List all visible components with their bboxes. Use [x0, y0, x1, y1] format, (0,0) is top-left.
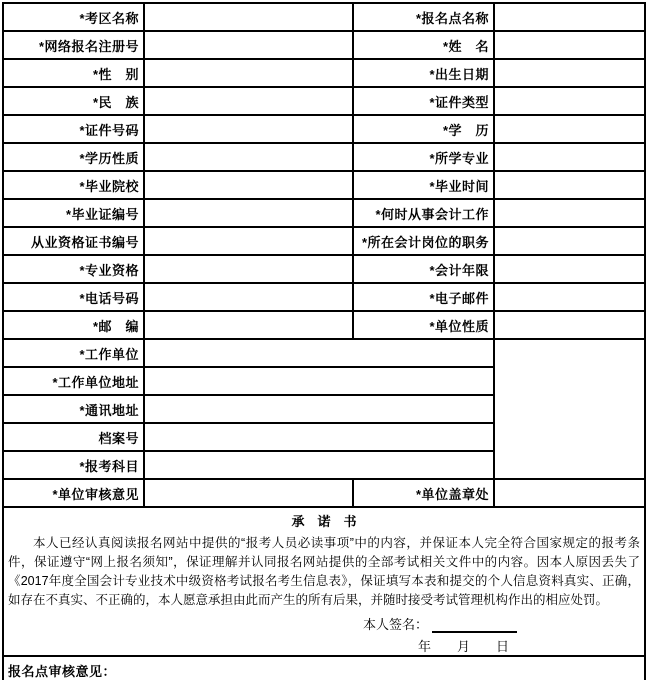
- table-row: *学历性质 *所学专业: [3, 143, 645, 171]
- field-value-employer-stamp: [494, 479, 645, 507]
- table-row: *性 别 *出生日期: [3, 59, 645, 87]
- field-label-accounting-years: *会计年限: [353, 255, 494, 283]
- table-row: *证件号码 *学 历: [3, 115, 645, 143]
- field-label-exam-subjects: *报考科目: [3, 451, 144, 479]
- field-label-archive-no: 档案号: [3, 423, 144, 451]
- date-line: 年 月 日: [8, 636, 640, 655]
- field-label-id-number: *证件号码: [3, 115, 144, 143]
- field-value-employer-address: [144, 367, 494, 395]
- field-label-graduation-time: *毕业时间: [353, 171, 494, 199]
- field-value-exam-subjects: [144, 451, 494, 479]
- field-value-mailing-address: [144, 395, 494, 423]
- field-label-gender: *性 别: [3, 59, 144, 87]
- field-label-education: *学 历: [353, 115, 494, 143]
- field-label-email: *电子邮件: [353, 283, 494, 311]
- field-label-diploma-no: *毕业证编号: [3, 199, 144, 227]
- commitment-body: 本人已经认真阅读报名网站中提供的“报考人员必读事项”中的内容，并保证本人完全符合…: [8, 534, 640, 610]
- field-value-employer: [144, 339, 494, 367]
- reg-point-review-label: 报名点审核意见：: [3, 656, 645, 680]
- field-value-education: [494, 115, 645, 143]
- table-row: *毕业院校 *毕业时间: [3, 171, 645, 199]
- field-value-reg-point: [494, 3, 645, 31]
- table-row: *单位审核意见 *单位盖章处: [3, 479, 645, 507]
- field-value-archive-no: [144, 423, 494, 451]
- table-row: *民 族 *证件类型: [3, 87, 645, 115]
- field-label-phone: *电话号码: [3, 283, 144, 311]
- registration-form-table: *考区名称 *报名点名称 *网络报名注册号 *姓 名 *性 别 *出生日期 *民…: [2, 2, 646, 680]
- table-row: *网络报名注册号 *姓 名: [3, 31, 645, 59]
- table-row: *毕业证编号 *何时从事会计工作: [3, 199, 645, 227]
- field-value-employer-review: [144, 479, 353, 507]
- commitment-title: 承 诺 书: [8, 511, 640, 530]
- signature-row: 本人签名：: [8, 614, 640, 633]
- field-value-birth-date: [494, 59, 645, 87]
- signature-line: [432, 619, 517, 633]
- field-value-certificate-no: [144, 227, 353, 255]
- field-label-exam-area: *考区名称: [3, 3, 144, 31]
- field-label-birth-date: *出生日期: [353, 59, 494, 87]
- field-label-id-type: *证件类型: [353, 87, 494, 115]
- field-value-education-type: [144, 143, 353, 171]
- footer-row: 报名点审核意见：: [3, 656, 645, 680]
- table-row: *专业资格 *会计年限: [3, 255, 645, 283]
- table-row: *电话号码 *电子邮件: [3, 283, 645, 311]
- field-label-ethnicity: *民 族: [3, 87, 144, 115]
- field-value-phone: [144, 283, 353, 311]
- field-value-professional-qualification: [144, 255, 353, 283]
- field-value-position: [494, 227, 645, 255]
- field-value-exam-area: [144, 3, 353, 31]
- signature-label: 本人签名：: [363, 617, 428, 632]
- field-label-reg-point: *报名点名称: [353, 3, 494, 31]
- field-label-employer-type: *单位性质: [353, 311, 494, 339]
- field-label-certificate-no: 从业资格证书编号: [3, 227, 144, 255]
- field-label-graduate-school: *毕业院校: [3, 171, 144, 199]
- field-value-major: [494, 143, 645, 171]
- field-value-online-reg-no: [144, 31, 353, 59]
- field-label-professional-qualification: *专业资格: [3, 255, 144, 283]
- field-value-gender: [144, 59, 353, 87]
- field-value-name: [494, 31, 645, 59]
- field-value-id-number: [144, 115, 353, 143]
- field-label-accounting-start: *何时从事会计工作: [353, 199, 494, 227]
- field-label-postcode: *邮 编: [3, 311, 144, 339]
- photo-stamp-area: [494, 339, 645, 479]
- field-label-position: *所在会计岗位的职务: [353, 227, 494, 255]
- field-value-email: [494, 283, 645, 311]
- field-value-diploma-no: [144, 199, 353, 227]
- field-label-online-reg-no: *网络报名注册号: [3, 31, 144, 59]
- field-label-name: *姓 名: [353, 31, 494, 59]
- field-label-employer-review: *单位审核意见: [3, 479, 144, 507]
- field-value-graduate-school: [144, 171, 353, 199]
- commitment-section: 承 诺 书 本人已经认真阅读报名网站中提供的“报考人员必读事项”中的内容，并保证…: [3, 507, 645, 656]
- field-value-accounting-start: [494, 199, 645, 227]
- field-value-accounting-years: [494, 255, 645, 283]
- table-row: 从业资格证书编号 *所在会计岗位的职务: [3, 227, 645, 255]
- commitment-row: 承 诺 书 本人已经认真阅读报名网站中提供的“报考人员必读事项”中的内容，并保证…: [3, 507, 645, 656]
- field-label-education-type: *学历性质: [3, 143, 144, 171]
- field-value-graduation-time: [494, 171, 645, 199]
- field-label-employer-address: *工作单位地址: [3, 367, 144, 395]
- field-label-mailing-address: *通讯地址: [3, 395, 144, 423]
- field-value-id-type: [494, 87, 645, 115]
- field-value-postcode: [144, 311, 353, 339]
- field-label-employer: *工作单位: [3, 339, 144, 367]
- field-label-major: *所学专业: [353, 143, 494, 171]
- field-value-ethnicity: [144, 87, 353, 115]
- table-row: *工作单位: [3, 339, 645, 367]
- field-value-employer-type: [494, 311, 645, 339]
- field-label-employer-stamp: *单位盖章处: [353, 479, 494, 507]
- table-row: *邮 编 *单位性质: [3, 311, 645, 339]
- table-row: *考区名称 *报名点名称: [3, 3, 645, 31]
